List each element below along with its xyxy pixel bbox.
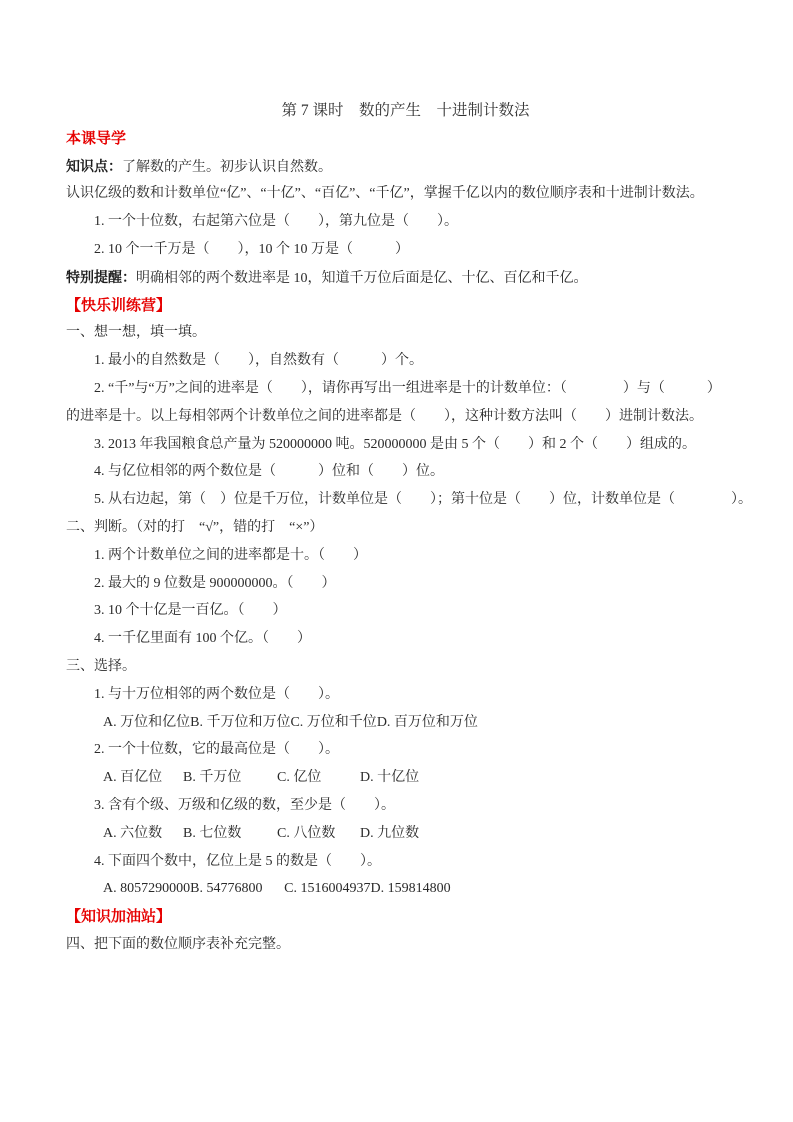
choice-option: B. 七位数 — [183, 820, 277, 848]
question-line: 3. 2013 年我国粮食总产量为 520000000 吨。520000000 … — [66, 431, 745, 459]
question-line: 1. 最小的自然数是（ ），自然数有（ ）个。 — [66, 347, 745, 375]
choice-option: B. 54776800 — [190, 875, 284, 903]
choice-option: C. 万位和千位 — [290, 709, 376, 737]
question-line: 3. 10 个十亿是一百亿。（ ） — [66, 597, 745, 625]
doc-line: 二、判断。（对的打 “√”，错的打 “×”） — [66, 514, 745, 542]
choice-option: C. 亿位 — [277, 764, 360, 792]
section-heading: 【快乐训练营】 — [66, 292, 745, 320]
question-line: 3. 含有个级、万级和亿级的数，至少是（ ）。 — [66, 792, 745, 820]
section-heading: 本课导学 — [66, 125, 745, 153]
choice-option: A. 万位和亿位 — [103, 709, 190, 737]
choice-option: D. 百万位和万位 — [377, 709, 478, 737]
doc-line: 四、把下面的数位顺序表补充完整。 — [66, 931, 745, 959]
choice-options-row: A. 万位和亿位B. 千万位和万位C. 万位和千位D. 百万位和万位 — [66, 709, 745, 737]
question-line: 2. 10 个一千万是（ ），10 个 10 万是（ ） — [66, 236, 745, 264]
question-line: 2. “千”与“万”之间的进率是（ ），请你再写出一组进率是十的计数单位：（ ）… — [66, 375, 745, 403]
question-line: 4. 下面四个数中，亿位上是 5 的数是（ ）。 — [66, 848, 745, 876]
doc-line: 一、想一想，填一填。 — [66, 319, 745, 347]
question-line: 2. 最大的 9 位数是 900000000。（ ） — [66, 570, 745, 598]
choice-option: B. 千万位和万位 — [190, 709, 290, 737]
doc-title: 第 7 课时 数的产生 十进制计数法 — [66, 97, 745, 125]
question-line: 1. 与十万位相邻的两个数位是（ ）。 — [66, 681, 745, 709]
choice-option: D. 九位数 — [360, 820, 419, 848]
choice-option: A. 8057290000 — [103, 875, 190, 903]
question-line: 2. 一个十位数，它的最高位是（ ）。 — [66, 736, 745, 764]
doc-line: 的进率是十。以上每相邻两个计数单位之间的进率都是（ ），这种计数方法叫（ ）进制… — [66, 403, 745, 431]
choice-option: A. 百亿位 — [103, 764, 183, 792]
choice-option: D. 159814800 — [370, 875, 450, 903]
choice-options-row: A. 六位数B. 七位数C. 八位数D. 九位数 — [66, 820, 745, 848]
worksheet-page: 第 7 课时 数的产生 十进制计数法本课导学知识点：了解数的产生。初步认识自然数… — [0, 0, 793, 1122]
question-line: 5. 从右边起，第（ ）位是千万位，计数单位是（ ）；第十位是（ ）位，计数单位… — [66, 486, 745, 514]
doc-line: 特别提醒：明确相邻的两个数进率是 10，知道千万位后面是亿、十亿、百亿和千亿。 — [66, 264, 745, 292]
lead-label: 知识点： — [66, 158, 122, 174]
question-line: 4. 与亿位相邻的两个数位是（ ）位和（ ）位。 — [66, 458, 745, 486]
choice-option: C. 八位数 — [277, 820, 360, 848]
doc-line: 认识亿级的数和计数单位“亿”、“十亿”、“百亿”、“千亿”，掌握千亿以内的数位顺… — [66, 180, 745, 208]
choice-options-row: A. 8057290000B. 54776800C. 1516004937D. … — [66, 875, 745, 903]
choice-options-row: A. 百亿位B. 千万位C. 亿位D. 十亿位 — [66, 764, 745, 792]
line-text: 明确相邻的两个数进率是 10，知道千万位后面是亿、十亿、百亿和千亿。 — [136, 271, 588, 286]
doc-line: 知识点：了解数的产生。初步认识自然数。 — [66, 153, 745, 181]
question-line: 1. 两个计数单位之间的进率都是十。（ ） — [66, 542, 745, 570]
section-heading: 【知识加油站】 — [66, 903, 745, 931]
doc-line: 三、选择。 — [66, 653, 745, 681]
choice-option: C. 1516004937 — [284, 875, 370, 903]
choice-option: A. 六位数 — [103, 820, 183, 848]
choice-option: D. 十亿位 — [360, 764, 419, 792]
question-line: 1. 一个十位数，右起第六位是（ ），第九位是（ ）。 — [66, 208, 745, 236]
line-text: 了解数的产生。初步认识自然数。 — [122, 160, 332, 175]
choice-option: B. 千万位 — [183, 764, 277, 792]
lead-label: 特别提醒： — [66, 269, 136, 285]
question-line: 4. 一千亿里面有 100 个亿。（ ） — [66, 625, 745, 653]
